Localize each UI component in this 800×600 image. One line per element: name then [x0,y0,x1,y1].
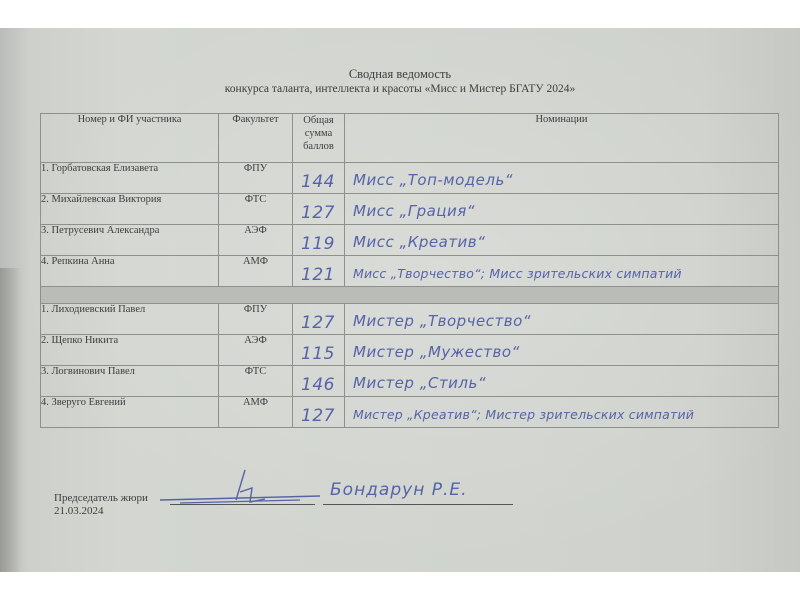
photo-shadow [0,268,22,572]
signature-icon [150,466,330,510]
participant-nomination: Мистер „Стиль“ [353,374,486,392]
participant-score: 119 [301,234,335,254]
participant-score: 127 [301,313,335,333]
participant-nomination: Мисс „Творчество“; Мисс зрительских симп… [353,266,682,281]
participant-nomination: Мистер „Креатив“; Мистер зрительских сим… [353,407,694,422]
participant-faculty: ФПУ [219,163,293,194]
header-total-line3: баллов [293,140,344,153]
participant-nomination: Мисс „Топ-модель“ [353,171,513,189]
participant-score: 127 [301,406,335,426]
header-total-score: Общая сумма баллов [293,114,345,163]
participant-score: 146 [301,375,335,395]
header-participant: Номер и ФИ участника [41,114,219,163]
participant-name: 2. Щепко Никита [41,335,219,366]
document-subtitle: конкурса таланта, интеллекта и красоты «… [0,82,800,97]
participant-nomination: Мистер „Мужество“ [353,343,520,361]
participant-nomination: Мистер „Творчество“ [353,312,531,330]
participant-faculty: АМФ [219,256,293,287]
table-row: 1. Горбатовская Елизавета ФПУ 144 Мисс „… [41,163,779,194]
participant-faculty: АМФ [219,397,293,428]
table-row: 3. Логвинович Павел ФТС 146 Мистер „Стил… [41,366,779,397]
participant-name: 4. Зверуго Евгений [41,397,219,428]
name-line [323,504,513,505]
section-separator [41,287,779,304]
participant-score: 127 [301,203,335,223]
participant-name: 1. Горбатовская Елизавета [41,163,219,194]
header-faculty: Факультет [219,114,293,163]
table-row: 3. Петрусевич Александра АЭФ 119 Мисс „К… [41,225,779,256]
participant-name: 3. Петрусевич Александра [41,225,219,256]
participant-score: 121 [301,265,335,285]
participant-name: 1. Лиходиевский Павел [41,304,219,335]
document-title: Сводная ведомость [0,66,800,82]
participant-name: 3. Логвинович Павел [41,366,219,397]
table-row: 2. Щепко Никита АЭФ 115 Мистер „Мужество… [41,335,779,366]
results-table: Номер и ФИ участника Факультет Общая сум… [40,113,779,428]
header-nominations: Номинации [345,114,779,163]
participant-nomination: Мисс „Креатив“ [353,233,485,251]
participant-faculty: АЭФ [219,335,293,366]
table-row: 4. Зверуго Евгений АМФ 127 Мистер „Креат… [41,397,779,428]
header-total-line1: Общая [293,114,344,127]
document-header: Сводная ведомость конкурса таланта, инте… [0,66,800,97]
participant-score: 144 [301,172,335,192]
participant-faculty: АЭФ [219,225,293,256]
table-header-row: Номер и ФИ участника Факультет Общая сум… [41,114,779,163]
document-date: 21.03.2024 [54,505,148,518]
chair-label: Председатель жюри [54,492,148,505]
table-row: 2. Михайлевская Виктория ФТС 127 Мисс „Г… [41,194,779,225]
chair-name-handwritten: Бондарун Р.Е. [330,480,468,500]
participant-faculty: ФТС [219,366,293,397]
signature-block: Председатель жюри 21.03.2024 [54,492,148,518]
table-row: 1. Лиходиевский Павел ФПУ 127 Мистер „Тв… [41,304,779,335]
participant-score: 115 [301,344,335,364]
table-row: 4. Репкина Анна АМФ 121 Мисс „Творчество… [41,256,779,287]
participant-faculty: ФТС [219,194,293,225]
participant-faculty: ФПУ [219,304,293,335]
participant-nomination: Мисс „Грация“ [353,202,475,220]
participant-name: 2. Михайлевская Виктория [41,194,219,225]
participant-name: 4. Репкина Анна [41,256,219,287]
header-total-line2: сумма [293,127,344,140]
